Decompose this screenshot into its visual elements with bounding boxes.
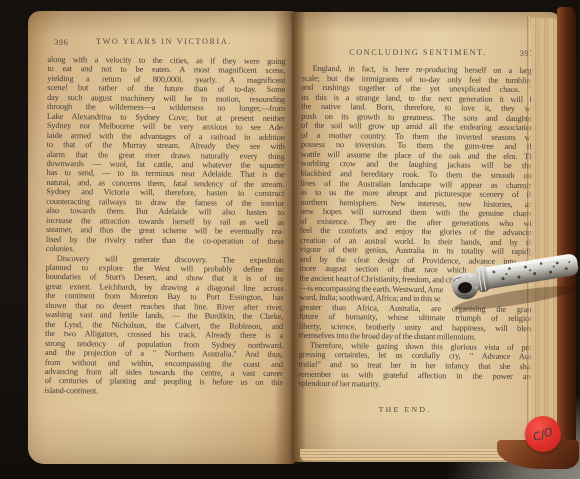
right-running-header: CONCLUDING SENTIMENT. <box>302 48 534 57</box>
page-crease <box>527 16 530 456</box>
left-page: 396 TWO YEARS IN VICTORIA. along with a … <box>28 11 294 464</box>
open-book-photo: 396 TWO YEARS IN VICTORIA. along with a … <box>0 0 580 479</box>
right-page-text: England, in fact, is here re-producing h… <box>298 64 537 391</box>
silver-clasp-icon <box>448 244 580 314</box>
inventory-sticker: C/O <box>525 416 561 452</box>
left-page-text: along with a velocity to the cities, as … <box>45 55 286 397</box>
sticker-label: C/O <box>531 424 554 443</box>
cover-edge <box>557 7 576 464</box>
left-running-header: TWO YEARS IN VICTORIA. <box>48 37 280 46</box>
left-page-header: 396 TWO YEARS IN VICTORIA. <box>48 37 280 49</box>
fore-edge-pages <box>531 18 560 456</box>
left-page-number: 396 <box>54 37 68 47</box>
the-end-label: THE END. <box>292 405 560 414</box>
right-page-header: CONCLUDING SENTIMENT. 397 <box>302 48 534 60</box>
right-page: CONCLUDING SENTIMENT. 397 England, in fa… <box>292 12 560 462</box>
